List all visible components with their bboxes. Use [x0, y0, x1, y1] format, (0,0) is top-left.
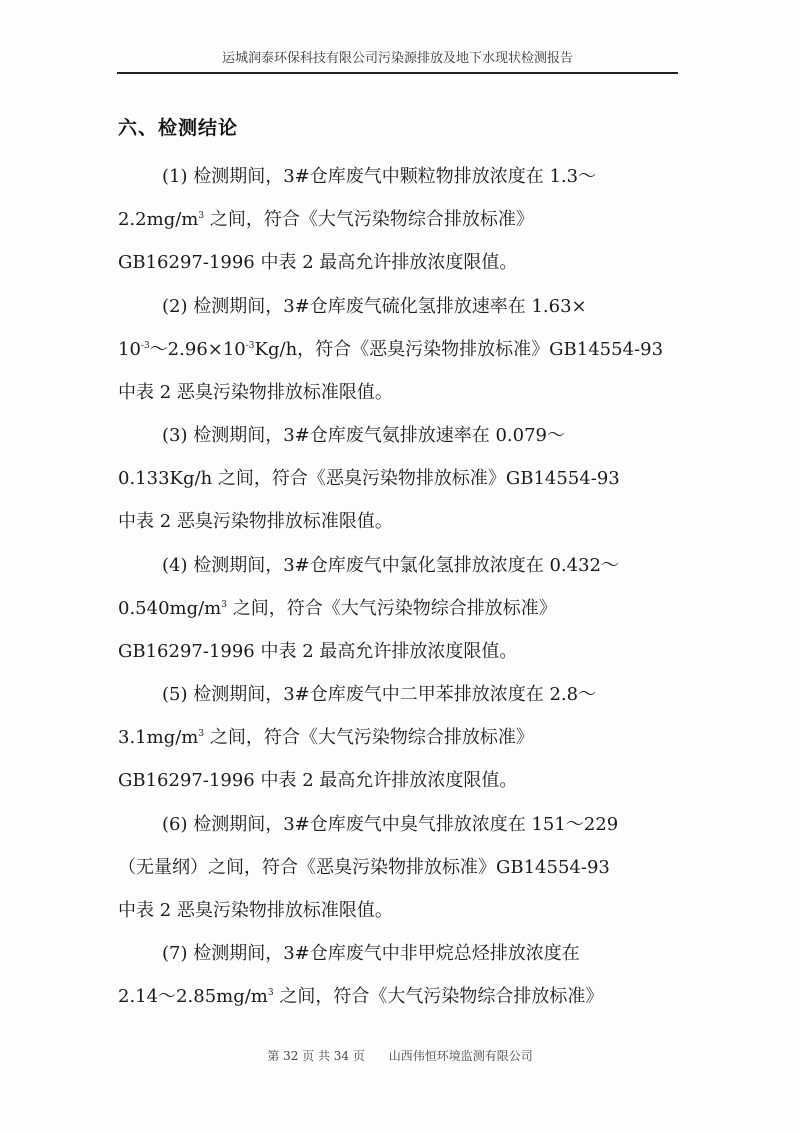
paragraph-line: GB16297-1996 中表 2 最高允许排放浓度限值。: [118, 630, 683, 673]
paragraph-line: (6) 检测期间，3#仓库废气中臭气排放浓度在 151～229: [118, 803, 683, 846]
paragraph-line: (7) 检测期间，3#仓库废气中非甲烷总烃排放浓度在: [118, 932, 683, 975]
section-title: 六、检测结论: [118, 113, 238, 140]
footer-company: 山西伟恒环境监测有限公司: [389, 1049, 533, 1063]
paragraph-line: (5) 检测期间，3#仓库废气中二甲苯排放浓度在 2.8～: [118, 673, 683, 716]
paragraph-line: 中表 2 恶臭污染物排放标准限值。: [118, 889, 683, 932]
paragraph-line: (2) 检测期间，3#仓库废气硫化氢排放速率在 1.63×: [118, 285, 683, 328]
conclusion-item-4: (4) 检测期间，3#仓库废气中氯化氢排放浓度在 0.432～0.540mg/m…: [118, 544, 683, 673]
page-number: 第 32 页 共 34 页: [267, 1049, 365, 1063]
paragraph-line: 中表 2 恶臭污染物排放标准限值。: [118, 371, 683, 414]
conclusion-item-3: (3) 检测期间，3#仓库废气氨排放速率在 0.079～0.133Kg/h 之间…: [118, 414, 683, 543]
paragraph-line: 中表 2 恶臭污染物排放标准限值。: [118, 500, 683, 543]
conclusion-item-7: (7) 检测期间，3#仓库废气中非甲烷总烃排放浓度在2.14～2.85mg/m3…: [118, 932, 683, 1018]
paragraph-line: 10-3～2.96×10-3Kg/h，符合《恶臭污染物排放标准》GB14554-…: [118, 328, 683, 371]
conclusion-item-6: (6) 检测期间，3#仓库废气中臭气排放浓度在 151～229（无量纲）之间，符…: [118, 803, 683, 932]
paragraph-line: (1) 检测期间，3#仓库废气中颗粒物排放浓度在 1.3～: [118, 155, 683, 198]
report-title: 运城润泰环保科技有限公司污染源排放及地下水现状检测报告: [222, 51, 573, 66]
page-footer: 第 32 页 共 34 页 山西伟恒环境监测有限公司: [0, 1047, 800, 1064]
paragraph-line: GB16297-1996 中表 2 最高允许排放浓度限值。: [118, 241, 683, 284]
paragraph-line: 3.1mg/m3 之间，符合《大气污染物综合排放标准》: [118, 716, 683, 759]
report-header: 运城润泰环保科技有限公司污染源排放及地下水现状检测报告: [117, 48, 678, 74]
paragraph-line: 2.14～2.85mg/m3 之间，符合《大气污染物综合排放标准》: [118, 975, 683, 1018]
paragraph-line: 0.540mg/m3 之间，符合《大气污染物综合排放标准》: [118, 587, 683, 630]
paragraph-line: 2.2mg/m3 之间，符合《大气污染物综合排放标准》: [118, 198, 683, 241]
paragraph-line: (4) 检测期间，3#仓库废气中氯化氢排放浓度在 0.432～: [118, 544, 683, 587]
conclusion-item-2: (2) 检测期间，3#仓库废气硫化氢排放速率在 1.63×10-3～2.96×1…: [118, 285, 683, 414]
paragraph-line: 0.133Kg/h 之间，符合《恶臭污染物排放标准》GB14554-93: [118, 457, 683, 500]
conclusion-item-1: (1) 检测期间，3#仓库废气中颗粒物排放浓度在 1.3～2.2mg/m3 之间…: [118, 155, 683, 284]
paragraph-line: （无量纲）之间，符合《恶臭污染物排放标准》GB14554-93: [118, 846, 683, 889]
conclusion-item-5: (5) 检测期间，3#仓库废气中二甲苯排放浓度在 2.8～3.1mg/m3 之间…: [118, 673, 683, 802]
paragraph-line: GB16297-1996 中表 2 最高允许排放浓度限值。: [118, 759, 683, 802]
paragraph-line: (3) 检测期间，3#仓库废气氨排放速率在 0.079～: [118, 414, 683, 457]
